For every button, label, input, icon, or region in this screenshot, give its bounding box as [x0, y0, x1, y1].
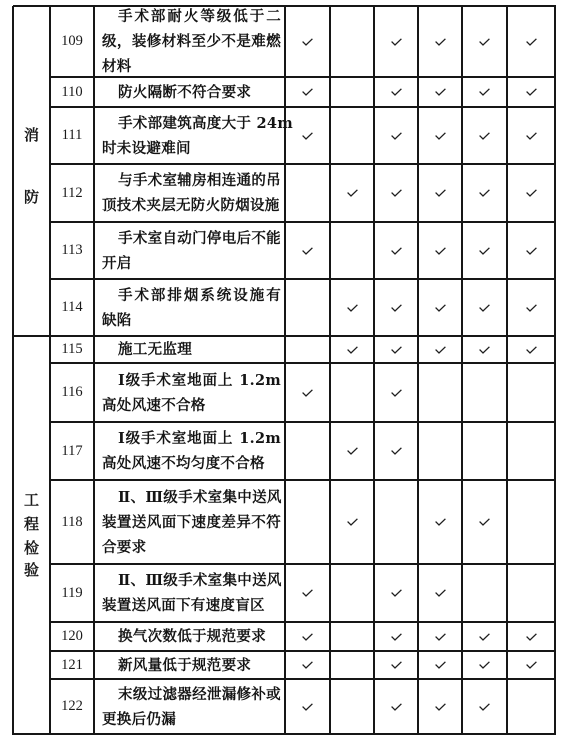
check-cell-col-1 [285, 77, 330, 107]
issue-description-cell: 末级过滤器经泄漏修补或更换后仍漏 [94, 679, 285, 734]
check-cell-col-6 [507, 336, 555, 363]
check-cell-col-2 [330, 279, 374, 336]
checkmark-icon [347, 518, 358, 526]
issue-description-cell: 与手术室辅房相连通的吊顶技术夹层无防火防烟设施 [94, 164, 285, 222]
issue-description-line: 新风量低于规范要求 [102, 653, 281, 678]
checkmark-icon [391, 88, 402, 96]
checkmark-icon [391, 661, 402, 669]
check-cell-col-1 [285, 107, 330, 164]
check-cell-col-3 [374, 336, 418, 363]
check-cell-col-2 [330, 6, 374, 77]
check-cell-col-3 [374, 6, 418, 77]
checkmark-icon [302, 633, 313, 641]
row-number: 118 [61, 514, 82, 531]
check-cell-col-3 [374, 363, 418, 422]
check-cell-col-3 [374, 164, 418, 222]
check-cell-col-2 [330, 422, 374, 480]
check-cell-col-6 [507, 622, 555, 651]
check-cell-col-1 [285, 222, 330, 279]
check-cell-col-6 [507, 480, 555, 564]
checkmark-icon [302, 132, 313, 140]
check-cell-col-6 [507, 222, 555, 279]
category-label-char: 防 [13, 186, 50, 208]
issue-description-line: 更换后仍漏 [102, 707, 281, 732]
issue-description-cell: 手术部建筑高度大于 24m时未设避难间 [94, 107, 285, 164]
issue-description-cell: 防火隔断不符合要求 [94, 77, 285, 107]
check-cell-col-4 [418, 279, 462, 336]
checkmark-icon [526, 247, 537, 255]
check-cell-col-2 [330, 564, 374, 622]
category-label-char: 消 [13, 124, 50, 146]
checkmark-icon [302, 389, 313, 397]
checkmark-icon [479, 633, 490, 641]
category-label-char: 检 [13, 537, 50, 559]
check-cell-col-6 [507, 422, 555, 480]
issue-description-line: 级，装修材料至少不是难燃 [102, 29, 281, 54]
check-cell-col-4 [418, 480, 462, 564]
checkmark-icon [391, 247, 402, 255]
checkmark-icon [391, 389, 402, 397]
row-number: 113 [61, 242, 82, 259]
checkmark-icon [479, 518, 490, 526]
issue-description-line: 时未设避难间 [102, 136, 281, 161]
checkmark-icon [526, 346, 537, 354]
checkmark-icon [435, 633, 446, 641]
check-cell-col-5 [462, 279, 507, 336]
check-cell-col-3 [374, 107, 418, 164]
checkmark-icon [391, 589, 402, 597]
check-cell-col-1 [285, 564, 330, 622]
check-cell-col-5 [462, 480, 507, 564]
checkmark-icon [479, 703, 490, 711]
checkmark-icon [479, 88, 490, 96]
checkmark-icon [347, 189, 358, 197]
check-cell-col-6 [507, 77, 555, 107]
check-cell-col-1 [285, 6, 330, 77]
check-cell-col-5 [462, 651, 507, 679]
check-cell-col-4 [418, 164, 462, 222]
row-number: 114 [61, 299, 82, 316]
checkmark-icon [479, 189, 490, 197]
row-number-cell: 118 [50, 480, 94, 564]
row-number-cell: 114 [50, 279, 94, 336]
check-cell-col-3 [374, 679, 418, 734]
checkmark-icon [435, 304, 446, 312]
issue-description-cell: 手术部排烟系统设施有缺陷 [94, 279, 285, 336]
checkmark-icon [479, 38, 490, 46]
issue-description-line: 装置送风面下有速度盲区 [102, 593, 281, 618]
check-cell-col-2 [330, 651, 374, 679]
row-number: 120 [61, 628, 83, 645]
check-cell-col-5 [462, 422, 507, 480]
issue-description-line: Ⅰ级手术室地面上 1.2m [102, 368, 281, 393]
check-cell-col-4 [418, 107, 462, 164]
row-number: 115 [61, 341, 82, 358]
row-number-cell: 122 [50, 679, 94, 734]
checkmark-icon [391, 38, 402, 46]
check-cell-col-2 [330, 679, 374, 734]
checkmark-icon [302, 661, 313, 669]
check-cell-col-5 [462, 679, 507, 734]
issue-description-line: Ⅱ、Ⅲ级手术室集中送风 [102, 485, 281, 510]
check-cell-col-4 [418, 422, 462, 480]
check-cell-col-3 [374, 222, 418, 279]
category-label-char: 工 [13, 489, 50, 511]
check-cell-col-5 [462, 622, 507, 651]
issue-description-line: 合要求 [102, 535, 281, 560]
check-cell-col-4 [418, 222, 462, 279]
issue-description-line: 开启 [102, 251, 281, 276]
issue-description-cell: 施工无监理 [94, 336, 285, 363]
check-cell-col-4 [418, 363, 462, 422]
checkmark-icon [347, 447, 358, 455]
row-number-cell: 117 [50, 422, 94, 480]
check-cell-col-2 [330, 107, 374, 164]
check-cell-col-2 [330, 222, 374, 279]
checkmark-icon [302, 703, 313, 711]
check-cell-col-2 [330, 164, 374, 222]
checkmark-icon [391, 346, 402, 354]
check-cell-col-3 [374, 77, 418, 107]
check-cell-col-4 [418, 564, 462, 622]
check-cell-col-6 [507, 164, 555, 222]
check-cell-col-5 [462, 77, 507, 107]
check-cell-col-3 [374, 279, 418, 336]
issue-description-line: 施工无监理 [102, 337, 281, 362]
row-number: 121 [61, 657, 83, 674]
checkmark-icon [479, 346, 490, 354]
checkmark-icon [391, 447, 402, 455]
checkmark-icon [526, 304, 537, 312]
check-cell-col-2 [330, 336, 374, 363]
check-cell-col-6 [507, 279, 555, 336]
check-cell-col-6 [507, 651, 555, 679]
check-cell-col-2 [330, 77, 374, 107]
checkmark-icon [435, 247, 446, 255]
check-cell-col-4 [418, 622, 462, 651]
row-number: 117 [61, 443, 82, 460]
issue-description-line: 手术部耐火等级低于二 [102, 4, 281, 29]
issue-description-cell: 新风量低于规范要求 [94, 651, 285, 679]
check-cell-col-3 [374, 564, 418, 622]
issue-description-line: 缺陷 [102, 308, 281, 333]
check-cell-col-5 [462, 564, 507, 622]
row-number: 109 [61, 33, 83, 50]
checkmark-icon [479, 304, 490, 312]
row-number: 110 [61, 84, 82, 101]
issue-description-line: Ⅱ、Ⅲ级手术室集中送风 [102, 568, 281, 593]
check-cell-col-2 [330, 480, 374, 564]
checkmark-icon [526, 132, 537, 140]
check-cell-col-4 [418, 77, 462, 107]
row-number: 119 [61, 585, 82, 602]
checkmark-icon [526, 38, 537, 46]
issue-description-cell: 手术室自动门停电后不能开启 [94, 222, 285, 279]
checkmark-icon [435, 88, 446, 96]
checkmark-icon [479, 132, 490, 140]
issue-description-line: 高处风速不合格 [102, 393, 281, 418]
issue-description-cell: 手术部耐火等级低于二级，装修材料至少不是难燃材料 [94, 6, 285, 77]
row-number-cell: 119 [50, 564, 94, 622]
row-number-cell: 112 [50, 164, 94, 222]
check-cell-col-3 [374, 480, 418, 564]
check-cell-col-5 [462, 363, 507, 422]
check-cell-col-1 [285, 164, 330, 222]
check-cell-col-1 [285, 651, 330, 679]
checkmark-icon [435, 661, 446, 669]
row-number: 116 [61, 384, 82, 401]
issue-description-line: 与手术室辅房相连通的吊 [102, 168, 281, 193]
checkmark-icon [347, 346, 358, 354]
checkmark-icon [302, 247, 313, 255]
check-cell-col-5 [462, 336, 507, 363]
issue-description-cell: Ⅱ、Ⅲ级手术室集中送风装置送风面下有速度盲区 [94, 564, 285, 622]
issue-description-line: 换气次数低于规范要求 [102, 624, 281, 649]
checkmark-icon [302, 589, 313, 597]
checkmark-icon [526, 88, 537, 96]
check-cell-col-1 [285, 622, 330, 651]
checkmark-icon [391, 703, 402, 711]
issue-description-line: 装置送风面下速度差异不符 [102, 510, 281, 535]
check-cell-col-6 [507, 564, 555, 622]
check-cell-col-4 [418, 679, 462, 734]
check-cell-col-2 [330, 363, 374, 422]
row-number: 112 [61, 185, 82, 202]
checkmark-icon [391, 189, 402, 197]
check-cell-col-5 [462, 222, 507, 279]
issue-description-line: 末级过滤器经泄漏修补或 [102, 682, 281, 707]
row-number: 111 [62, 127, 83, 144]
check-cell-col-5 [462, 6, 507, 77]
issue-description-cell: 换气次数低于规范要求 [94, 622, 285, 651]
checkmark-icon [435, 518, 446, 526]
row-number-cell: 115 [50, 336, 94, 363]
checkmark-icon [302, 88, 313, 96]
row-number-cell: 113 [50, 222, 94, 279]
check-cell-col-1 [285, 480, 330, 564]
check-cell-col-6 [507, 363, 555, 422]
category-label-char: 程 [13, 513, 50, 535]
checkmark-icon [391, 132, 402, 140]
issue-description-line: 防火隔断不符合要求 [102, 80, 281, 105]
checkmark-icon [435, 346, 446, 354]
checkmark-icon [435, 589, 446, 597]
row-number-cell: 110 [50, 77, 94, 107]
checkmark-icon [479, 247, 490, 255]
issue-description-line: 手术部排烟系统设施有 [102, 283, 281, 308]
check-cell-col-1 [285, 363, 330, 422]
check-cell-col-4 [418, 651, 462, 679]
check-cell-col-5 [462, 164, 507, 222]
check-cell-col-2 [330, 622, 374, 651]
row-number-cell: 121 [50, 651, 94, 679]
table-vertical-rule [12, 6, 14, 735]
check-cell-col-6 [507, 107, 555, 164]
checkmark-icon [347, 304, 358, 312]
check-cell-col-6 [507, 679, 555, 734]
check-cell-col-3 [374, 622, 418, 651]
checkmark-icon [435, 132, 446, 140]
check-cell-col-1 [285, 422, 330, 480]
issue-description-line: 手术部建筑高度大于 24m [102, 111, 281, 136]
checkmark-icon [391, 304, 402, 312]
check-cell-col-4 [418, 336, 462, 363]
checkmark-icon [435, 189, 446, 197]
issue-description-line: Ⅰ级手术室地面上 1.2m [102, 426, 281, 451]
row-number-cell: 116 [50, 363, 94, 422]
checkmark-icon [391, 633, 402, 641]
inspection-table: 消防工程检验109手术部耐火等级低于二级，装修材料至少不是难燃材料110防火隔断… [0, 0, 563, 738]
check-cell-col-3 [374, 422, 418, 480]
row-number-cell: 120 [50, 622, 94, 651]
checkmark-icon [526, 661, 537, 669]
check-cell-col-6 [507, 6, 555, 77]
issue-description-cell: Ⅰ级手术室地面上 1.2m高处风速不均匀度不合格 [94, 422, 285, 480]
checkmark-icon [435, 38, 446, 46]
checkmark-icon [526, 189, 537, 197]
check-cell-col-4 [418, 6, 462, 77]
row-number-cell: 109 [50, 6, 94, 77]
row-number-cell: 111 [50, 107, 94, 164]
checkmark-icon [435, 703, 446, 711]
issue-description-line: 顶技术夹层无防火防烟设施 [102, 193, 281, 218]
row-number: 122 [61, 698, 83, 715]
issue-description-cell: Ⅱ、Ⅲ级手术室集中送风装置送风面下速度差异不符合要求 [94, 480, 285, 564]
check-cell-col-1 [285, 336, 330, 363]
check-cell-col-1 [285, 679, 330, 734]
check-cell-col-1 [285, 279, 330, 336]
issue-description-cell: Ⅰ级手术室地面上 1.2m高处风速不合格 [94, 363, 285, 422]
check-cell-col-3 [374, 651, 418, 679]
issue-description-line: 手术室自动门停电后不能 [102, 226, 281, 251]
category-label-char: 验 [13, 559, 50, 581]
issue-description-line: 材料 [102, 54, 281, 79]
issue-description-line: 高处风速不均匀度不合格 [102, 451, 281, 476]
check-cell-col-5 [462, 107, 507, 164]
checkmark-icon [526, 633, 537, 641]
checkmark-icon [479, 661, 490, 669]
checkmark-icon [302, 38, 313, 46]
